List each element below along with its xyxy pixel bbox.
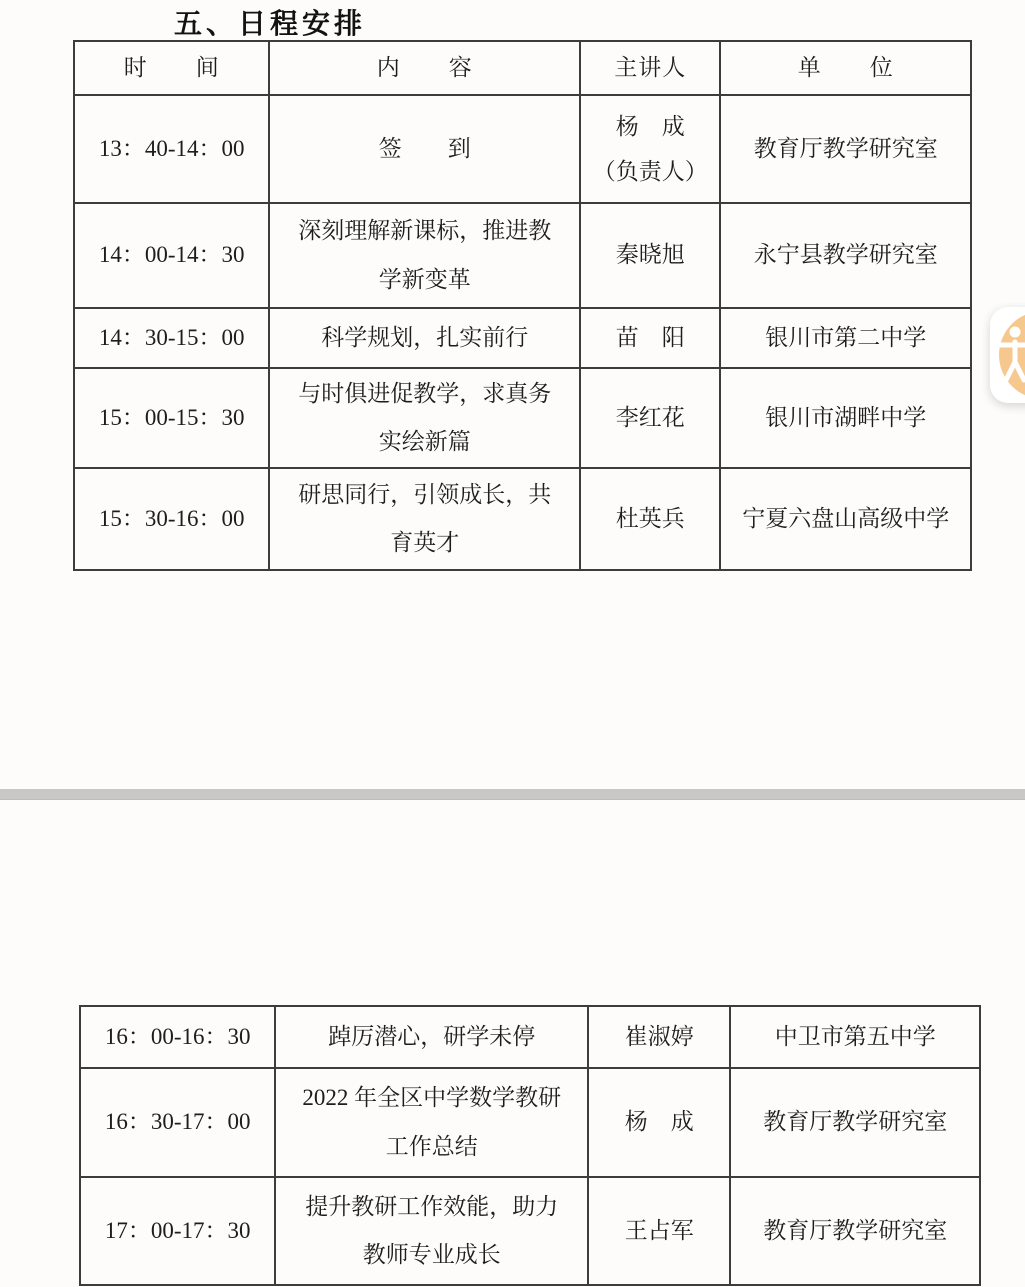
content-cell: 提升教研工作效能，助力教师专业成长 — [275, 1177, 588, 1285]
content-cell: 科学规划，扎实前行 — [269, 308, 580, 368]
speaker-cell: 秦晓旭 — [580, 203, 720, 308]
header-speaker: 主讲人 — [580, 41, 720, 95]
content-cell: 签 到 — [269, 95, 580, 203]
content-cell: 踔厉潜心，研学未停 — [275, 1006, 588, 1068]
unit-cell: 教育厅教学研究室 — [720, 95, 971, 203]
unit-cell: 教育厅教学研究室 — [730, 1068, 980, 1177]
table-row: 16：00-16：30 踔厉潜心，研学未停 崔淑婷 中卫市第五中学 — [80, 1006, 980, 1068]
speaker-cell: 杨 成 （负责人） — [580, 95, 720, 203]
time-cell: 16：30-17：00 — [80, 1068, 275, 1177]
speaker-note: （负责人） — [581, 156, 719, 187]
speaker-cell: 王占军 — [588, 1177, 730, 1285]
speaker-cell: 李红花 — [580, 368, 720, 468]
speaker-cell: 崔淑婷 — [588, 1006, 730, 1068]
header-content: 内 容 — [269, 41, 580, 95]
header-time: 时 间 — [74, 41, 269, 95]
table-row: 17：00-17：30 提升教研工作效能，助力教师专业成长 王占军 教育厅教学研… — [80, 1177, 980, 1285]
table-row: 13：40-14：00 签 到 杨 成 （负责人） 教育厅教学研究室 — [74, 95, 971, 203]
speaker-cell: 杨 成 — [588, 1068, 730, 1177]
time-cell: 13：40-14：00 — [74, 95, 269, 203]
speaker-cell: 杜英兵 — [580, 468, 720, 570]
schedule-table-page2: 16：00-16：30 踔厉潜心，研学未停 崔淑婷 中卫市第五中学 16：30-… — [79, 1005, 981, 1286]
table-row: 16：30-17：00 2022 年全区中学数学教研工作总结 杨 成 教育厅教学… — [80, 1068, 980, 1177]
time-cell: 15：00-15：30 — [74, 368, 269, 468]
content-cell: 与时俱进促教学，求真务实绘新篇 — [269, 368, 580, 468]
section-title: 五、日程安排 — [174, 2, 366, 42]
content-cell: 研思同行，引领成长，共育英才 — [269, 468, 580, 570]
speaker-name: 杨 成 — [581, 111, 719, 142]
time-cell: 16：00-16：30 — [80, 1006, 275, 1068]
unit-cell: 银川市第二中学 — [720, 308, 971, 368]
document-page-1: 五、日程安排 时 间 内 容 主讲人 单 位 13：40-14：00 签 到 杨… — [0, 0, 1025, 789]
content-cell: 深刻理解新课标，推进教学新变革 — [269, 203, 580, 308]
accessibility-person-icon — [997, 325, 1025, 385]
speaker-cell: 苗 阳 — [580, 308, 720, 368]
table-header-row: 时 间 内 容 主讲人 单 位 — [74, 41, 971, 95]
unit-cell: 银川市湖畔中学 — [720, 368, 971, 468]
schedule-table-page1: 时 间 内 容 主讲人 单 位 13：40-14：00 签 到 杨 成 （负责人… — [73, 40, 972, 571]
content-cell: 2022 年全区中学数学教研工作总结 — [275, 1068, 588, 1177]
document-page-2: 16：00-16：30 踔厉潜心，研学未停 崔淑婷 中卫市第五中学 16：30-… — [0, 800, 1025, 1287]
unit-cell: 永宁县教学研究室 — [720, 203, 971, 308]
unit-cell: 教育厅教学研究室 — [730, 1177, 980, 1285]
time-cell: 17：00-17：30 — [80, 1177, 275, 1285]
header-unit: 单 位 — [720, 41, 971, 95]
unit-cell: 中卫市第五中学 — [730, 1006, 980, 1068]
time-cell: 14：30-15：00 — [74, 308, 269, 368]
table-row: 15：00-15：30 与时俱进促教学，求真务实绘新篇 李红花 银川市湖畔中学 — [74, 368, 971, 468]
time-cell: 15：30-16：00 — [74, 468, 269, 570]
page-break-divider — [0, 789, 1025, 800]
time-cell: 14：00-14：30 — [74, 203, 269, 308]
document-viewer: 五、日程安排 时 间 内 容 主讲人 单 位 13：40-14：00 签 到 杨… — [0, 0, 1025, 1287]
table-row: 14：30-15：00 科学规划，扎实前行 苗 阳 银川市第二中学 — [74, 308, 971, 368]
table-row: 15：30-16：00 研思同行，引领成长，共育英才 杜英兵 宁夏六盘山高级中学 — [74, 468, 971, 570]
unit-cell: 宁夏六盘山高级中学 — [720, 468, 971, 570]
table-row: 14：00-14：30 深刻理解新课标，推进教学新变革 秦晓旭 永宁县教学研究室 — [74, 203, 971, 308]
